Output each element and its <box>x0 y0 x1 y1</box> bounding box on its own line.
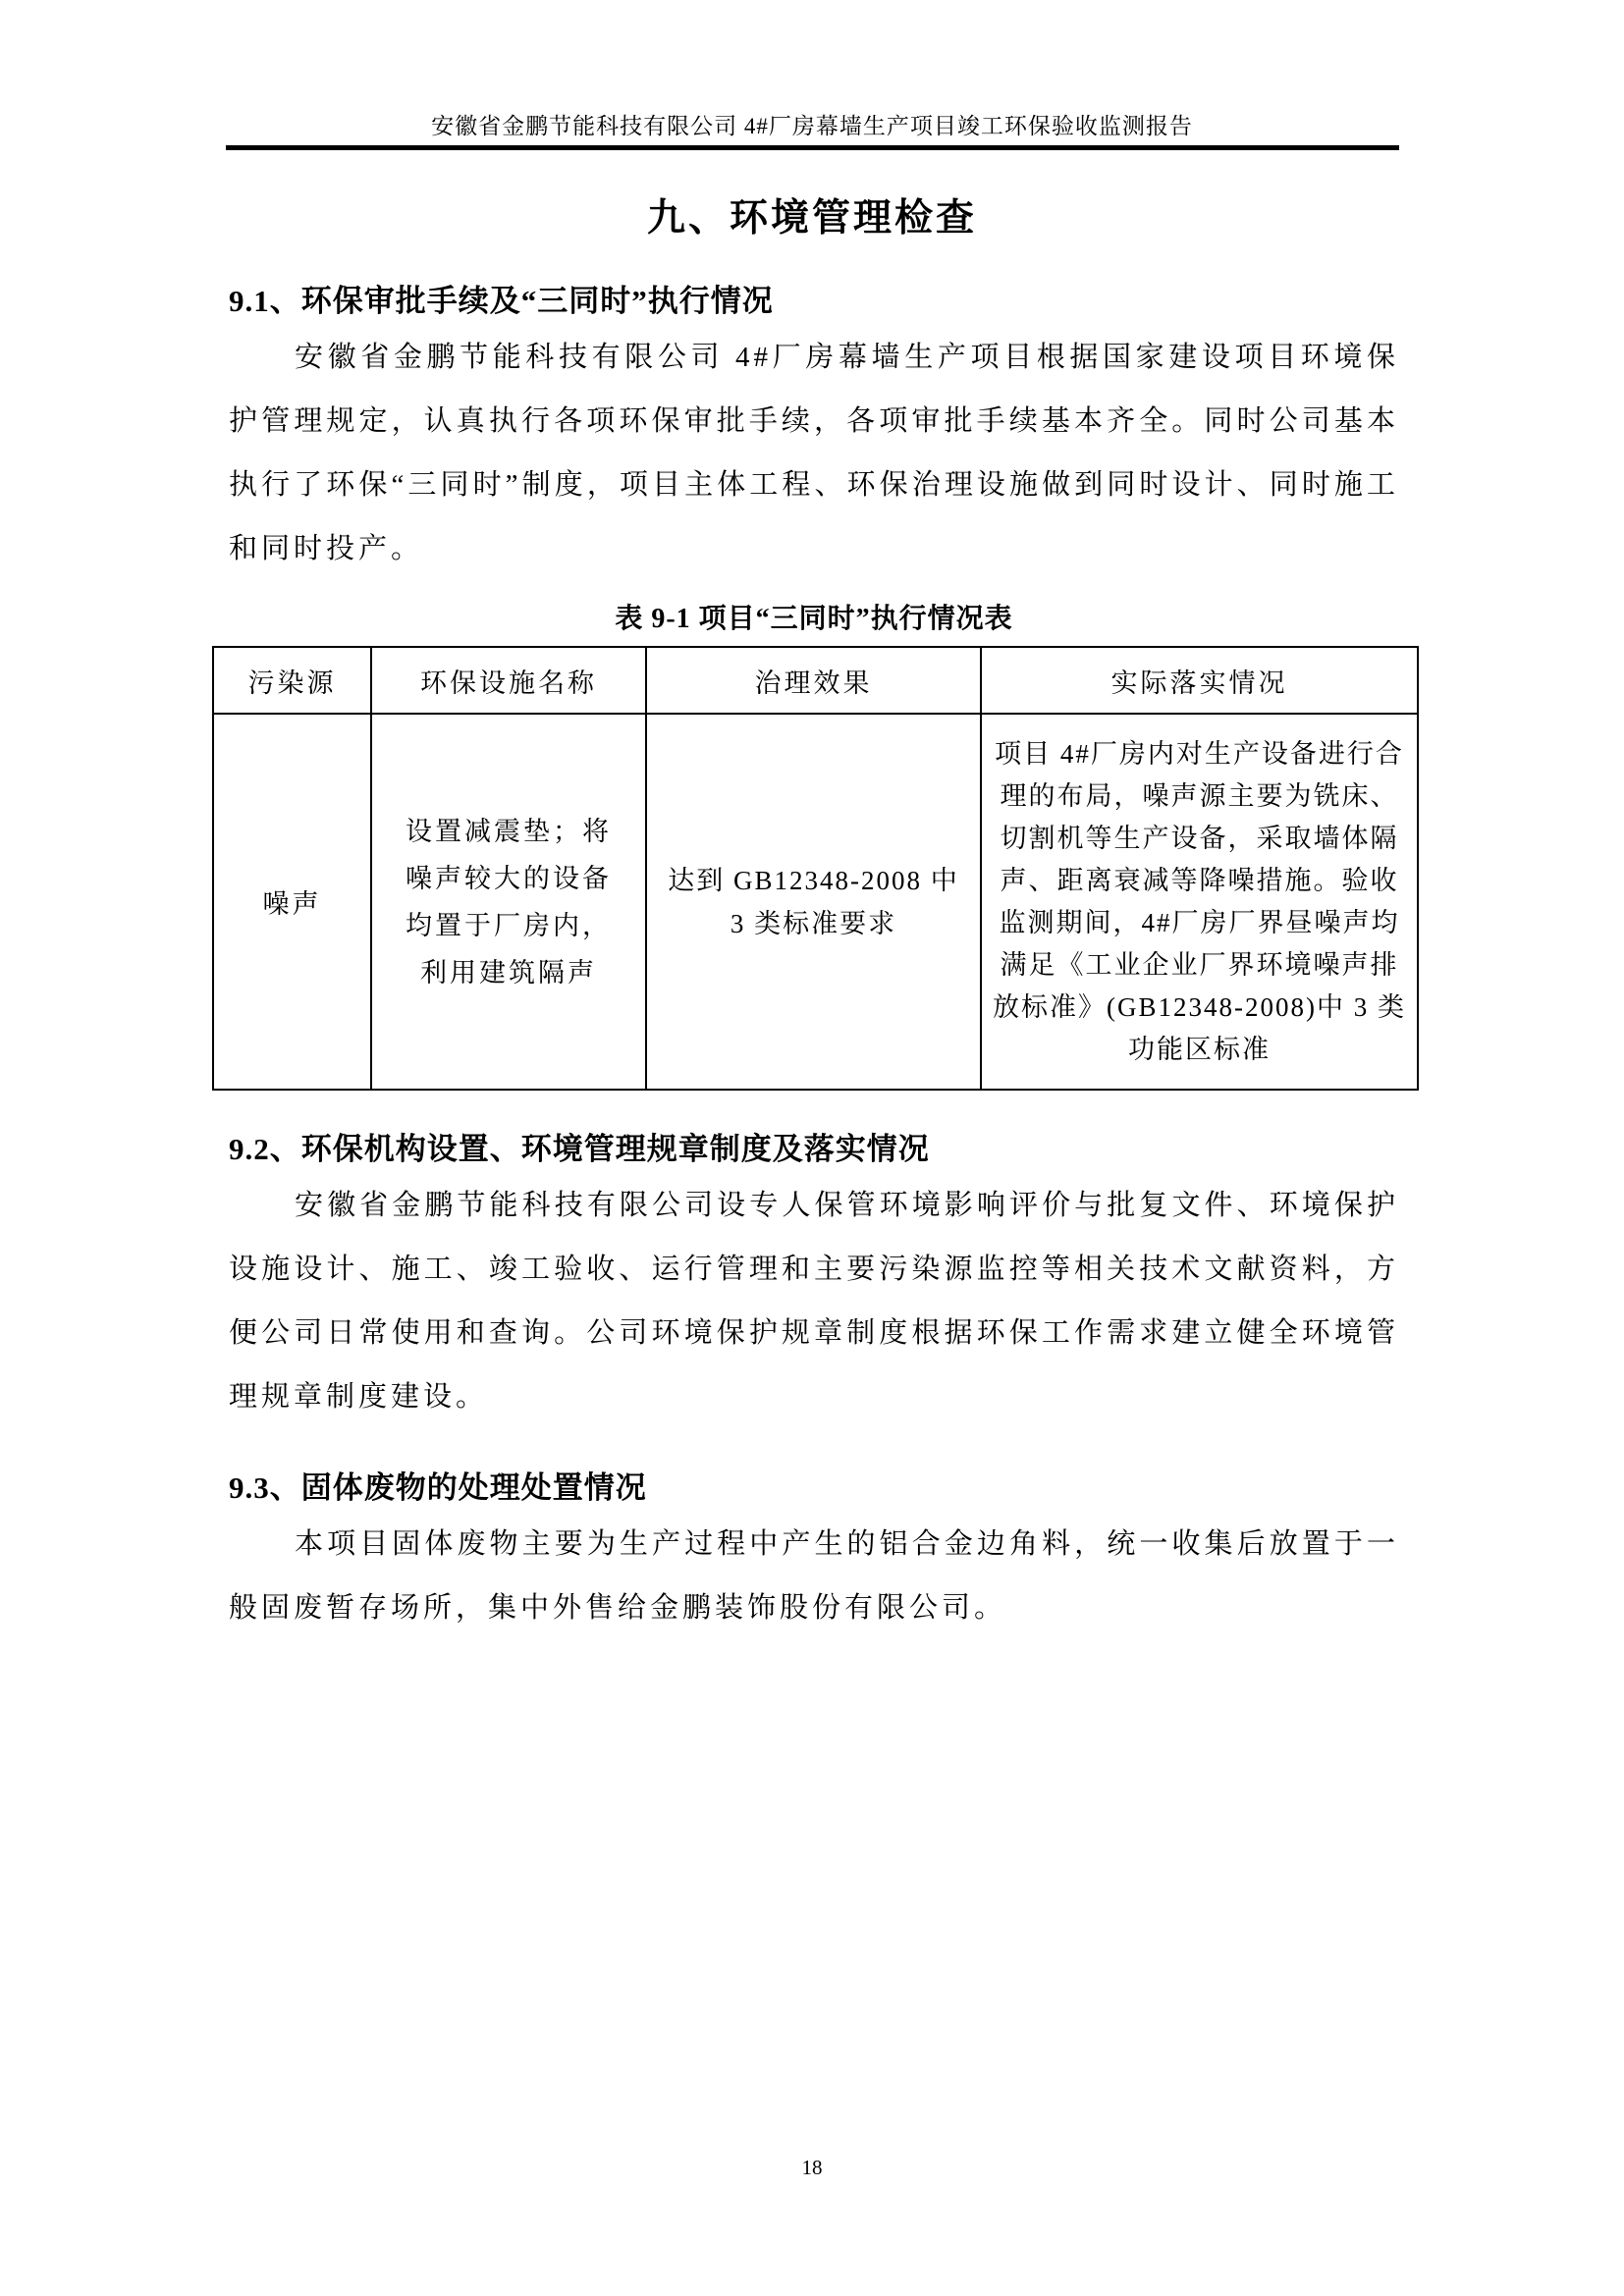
table-caption: 表 9-1 项目“三同时”执行情况表 <box>229 597 1399 636</box>
cell-facility-name: 设置减震垫；将噪声较大的设备均置于厂房内，利用建筑隔声 <box>371 714 646 1090</box>
cell-actual-implementation: 项目 4#厂房内对生产设备进行合理的布局，噪声源主要为铣床、切割机等生产设备，采… <box>981 714 1418 1090</box>
table-row: 噪声 设置减震垫；将噪声较大的设备均置于厂房内，利用建筑隔声 达到 GB1234… <box>213 714 1418 1090</box>
page-header: 安徽省金鹏节能科技有限公司 4#厂房幕墙生产项目竣工环保验收监测报告 <box>0 0 1624 140</box>
three-simultaneous-table: 污染源 环保设施名称 治理效果 实际落实情况 噪声 设置减震垫；将噪声较大的设备… <box>212 646 1419 1091</box>
table-header-row: 污染源 环保设施名称 治理效果 实际落实情况 <box>213 647 1418 714</box>
section-9-3-heading: 9.3、固体废物的处理处置情况 <box>229 1463 1399 1507</box>
header-cell-pollution-source: 污染源 <box>213 647 371 714</box>
cell-pollution-source: 噪声 <box>213 714 371 1090</box>
section-9-2-heading: 9.2、环保机构设置、环境管理规章制度及落实情况 <box>229 1124 1399 1168</box>
header-rule <box>226 145 1399 150</box>
header-cell-facility-name: 环保设施名称 <box>371 647 646 714</box>
document-title: 九、环境管理检查 <box>0 187 1624 242</box>
header-cell-actual-implementation: 实际落实情况 <box>981 647 1418 714</box>
cell-treatment-effect: 达到 GB12348-2008 中 3 类标准要求 <box>646 714 981 1090</box>
section-9-2-paragraph: 安徽省金鹏节能科技有限公司设专人保管环境影响评价与批复文件、环境保护设施设计、施… <box>229 1174 1399 1429</box>
content-area: 9.1、环保审批手续及“三同时”执行情况 安徽省金鹏节能科技有限公司 4#厂房幕… <box>229 276 1399 1640</box>
header-cell-treatment-effect: 治理效果 <box>646 647 981 714</box>
section-9-3-paragraph: 本项目固体废物主要为生产过程中产生的铝合金边角料，统一收集后放置于一般固废暂存场… <box>229 1513 1399 1640</box>
section-9-1-paragraph: 安徽省金鹏节能科技有限公司 4#厂房幕墙生产项目根据国家建设项目环境保护管理规定… <box>229 326 1399 581</box>
section-9-1-heading: 9.1、环保审批手续及“三同时”执行情况 <box>229 276 1399 320</box>
page-number: 18 <box>0 2156 1624 2180</box>
document-page: 安徽省金鹏节能科技有限公司 4#厂房幕墙生产项目竣工环保验收监测报告 九、环境管… <box>0 0 1624 2296</box>
